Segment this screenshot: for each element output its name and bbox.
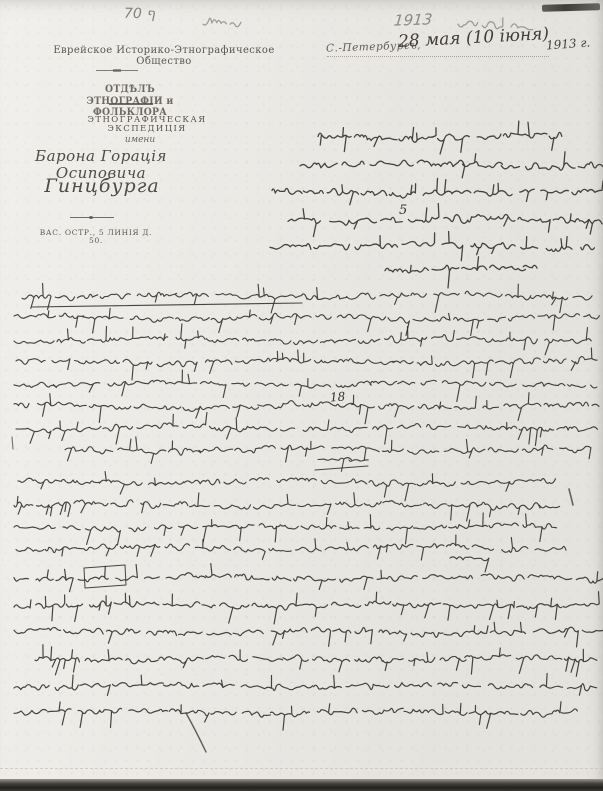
handwriting-line [16,412,597,445]
left-margin-tick [12,437,13,449]
handwriting-line [14,702,577,730]
handwriting-line [65,437,591,463]
handwriting-line [288,204,602,237]
handwriting-line [14,393,599,424]
scan-bottom-edge-band [0,779,603,791]
handwriting-line [272,178,603,204]
scanned-letter-page: 70 ף 1913 Еврейское Историко-Этнографиче… [0,0,603,791]
handwriting-line [300,152,603,178]
right-margin-tick [569,489,573,505]
underline-mark [32,303,302,307]
scan-faint-rule [0,768,603,769]
handwriting-layer [0,0,603,791]
handwriting-line [14,622,603,647]
handwriting-line [385,257,537,288]
handwriting-line [318,121,562,154]
handwriting-line [35,645,597,677]
handwriting-line [14,324,591,355]
handwriting-line [14,513,557,545]
pencil-scribble [458,18,533,30]
descending-flourish [186,713,206,752]
handwriting-line [450,557,489,572]
handwriting-line [14,370,597,401]
handwriting-line [270,231,594,260]
handwriting-line [14,564,603,592]
handwriting-line [22,283,592,313]
handwriting-line [14,592,599,624]
handwriting-line [16,348,597,380]
handwriting-line [14,493,560,521]
handwriting-line [14,674,597,696]
handwriting-line [14,308,599,335]
handwriting-line [16,535,566,560]
pencil-scribble [203,18,241,26]
